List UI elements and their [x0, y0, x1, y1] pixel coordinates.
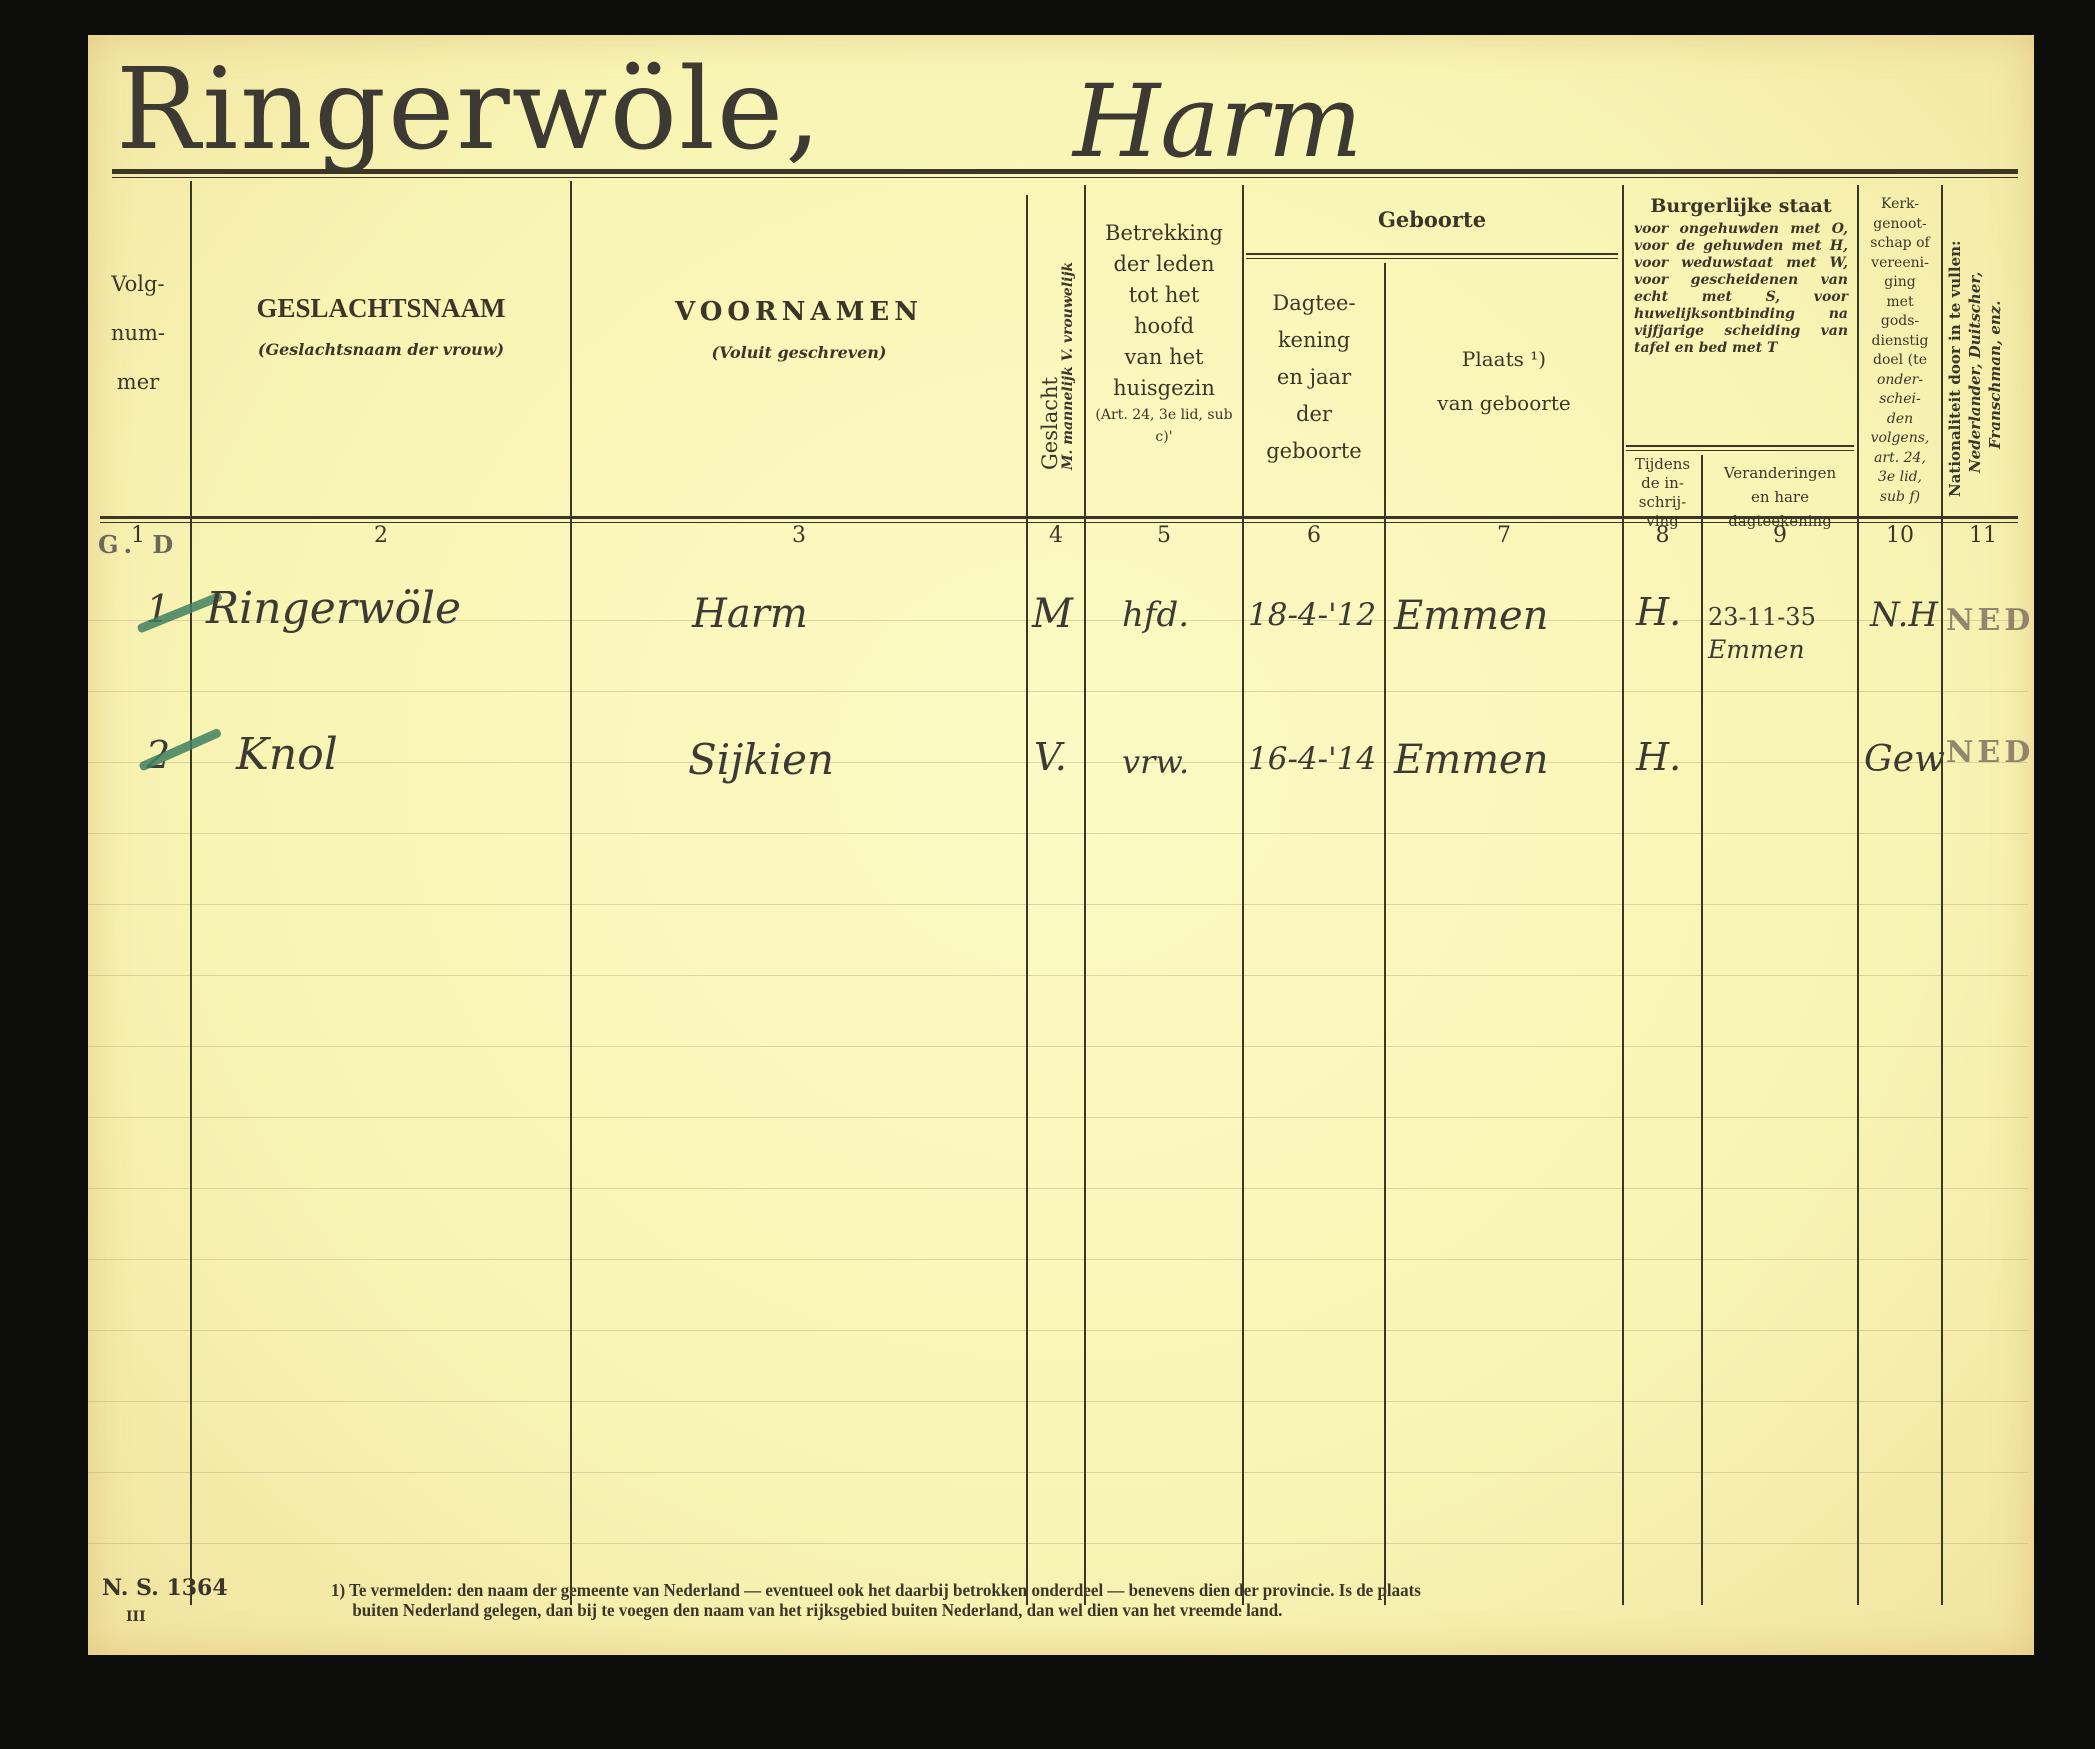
row2-given: Sijkien	[688, 735, 834, 784]
header-geboorte: Geboorte	[1246, 207, 1618, 232]
header-kerkgenootschap: Kerk- genoot- schap of vereeni- ging met…	[1859, 195, 1941, 507]
col-line-6	[1384, 263, 1386, 1605]
burgerlijke-rule-thin	[1626, 450, 1854, 451]
ruled-line	[88, 1117, 2028, 1118]
row1-nationality-stamp: NED	[1946, 603, 2034, 638]
ruled-line	[88, 691, 2028, 692]
header-geslacht-legend: M. mannelijk V. vrouwelijk	[1060, 262, 1076, 470]
header-geslacht: Geslacht	[1038, 377, 1062, 470]
row2-nationality-stamp: NED	[1946, 735, 2034, 770]
row1-relation: hfd.	[1122, 595, 1189, 635]
row1-given: Harm	[692, 591, 808, 637]
colnum-6: 6	[1244, 523, 1384, 548]
colnum-8: 8	[1624, 523, 1701, 548]
ruled-line	[88, 1188, 2028, 1189]
row1-surname: Ringerwöle	[206, 583, 461, 634]
row1-birth-place: Emmen	[1394, 593, 1549, 639]
row1-change-place: Emmen	[1708, 635, 1805, 664]
registration-card: Ringerwöle, Harm Volg- num- mer GESLACHT…	[88, 35, 2034, 1655]
col-line-2	[570, 181, 572, 1605]
row2-sex: V.	[1034, 735, 1067, 779]
ruled-line	[88, 1401, 2028, 1402]
col-line-7	[1622, 185, 1624, 1605]
colnum-5: 5	[1086, 523, 1242, 548]
header-plaats: Plaats ¹) van geboorte	[1386, 347, 1622, 415]
gd-stamp: G. D	[98, 530, 179, 559]
header-betrekking: Betrekking der leden tot het hoofd van h…	[1086, 218, 1242, 448]
ruled-line	[88, 1472, 2028, 1473]
geboorte-rule-thin	[1246, 258, 1618, 259]
colnum-2: 2	[192, 523, 570, 548]
row1-sex: M	[1032, 591, 1073, 637]
burgerlijke-rule	[1626, 445, 1854, 447]
row1-birth-date: 18-4-'12	[1248, 597, 1376, 633]
ruled-line	[88, 833, 2028, 834]
title-surname: Ringerwöle,	[116, 45, 823, 175]
row2-civil-status: H.	[1636, 735, 1681, 779]
colnum-9: 9	[1703, 523, 1857, 548]
col-line-1	[190, 181, 192, 1605]
row2-surname: Knol	[236, 729, 338, 780]
colnum-11: 11	[1943, 523, 2023, 548]
header-dagteekening: Dagtee- kening en jaar der geboorte	[1244, 285, 1384, 470]
title-given-name: Harm	[1073, 63, 1362, 180]
row1-religion: N.H	[1870, 595, 1938, 635]
ruled-line	[88, 975, 2028, 976]
row1-civil-status: H.	[1636, 590, 1681, 634]
row2-relation: vrw.	[1122, 743, 1189, 781]
header-burgerlijke-staat: Burgerlijke staat voor ongehuwden met O,…	[1628, 195, 1854, 357]
ruled-line	[88, 1046, 2028, 1047]
title-rule	[112, 169, 2018, 174]
row2-religion: Gew	[1864, 739, 1945, 780]
header-volgnummer: Volg- num- mer	[88, 260, 188, 407]
footnote: 1) Te vermelden: den naam der gemeente v…	[331, 1580, 1883, 1620]
header-tijdens-inschrijving: Tijdens de in- schrij- ving	[1624, 455, 1701, 531]
header-geslachtsnaam: GESLACHTSNAAM (Geslachtsnaam der vrouw)	[192, 293, 570, 359]
colnum-3: 3	[572, 523, 1026, 548]
colnum-4: 4	[1028, 523, 1084, 548]
row2-birth-date: 16-4-'14	[1248, 741, 1376, 777]
colnum-7: 7	[1386, 523, 1622, 548]
ruled-line	[88, 1259, 2028, 1260]
colnum-10: 10	[1859, 523, 1941, 548]
col-line-3	[1026, 195, 1028, 1605]
geboorte-rule	[1246, 253, 1618, 255]
ruled-line	[88, 1330, 2028, 1331]
title-rule-thin	[112, 177, 2018, 178]
row1-change-date: 23-11-35	[1708, 603, 1816, 631]
header-voornamen: VOORNAMEN (Voluit geschreven)	[572, 297, 1026, 362]
row2-birth-place: Emmen	[1394, 737, 1549, 783]
form-code: N. S. 1364	[102, 1575, 228, 1601]
header-nationaliteit: Nationaliteit door in te vullen: Nederla…	[1945, 240, 2005, 497]
col-line-10	[1941, 185, 1943, 1605]
form-sub: III	[126, 1609, 146, 1625]
col-line-8	[1701, 455, 1703, 1605]
ruled-line	[88, 1543, 2028, 1544]
ruled-line	[88, 904, 2028, 905]
